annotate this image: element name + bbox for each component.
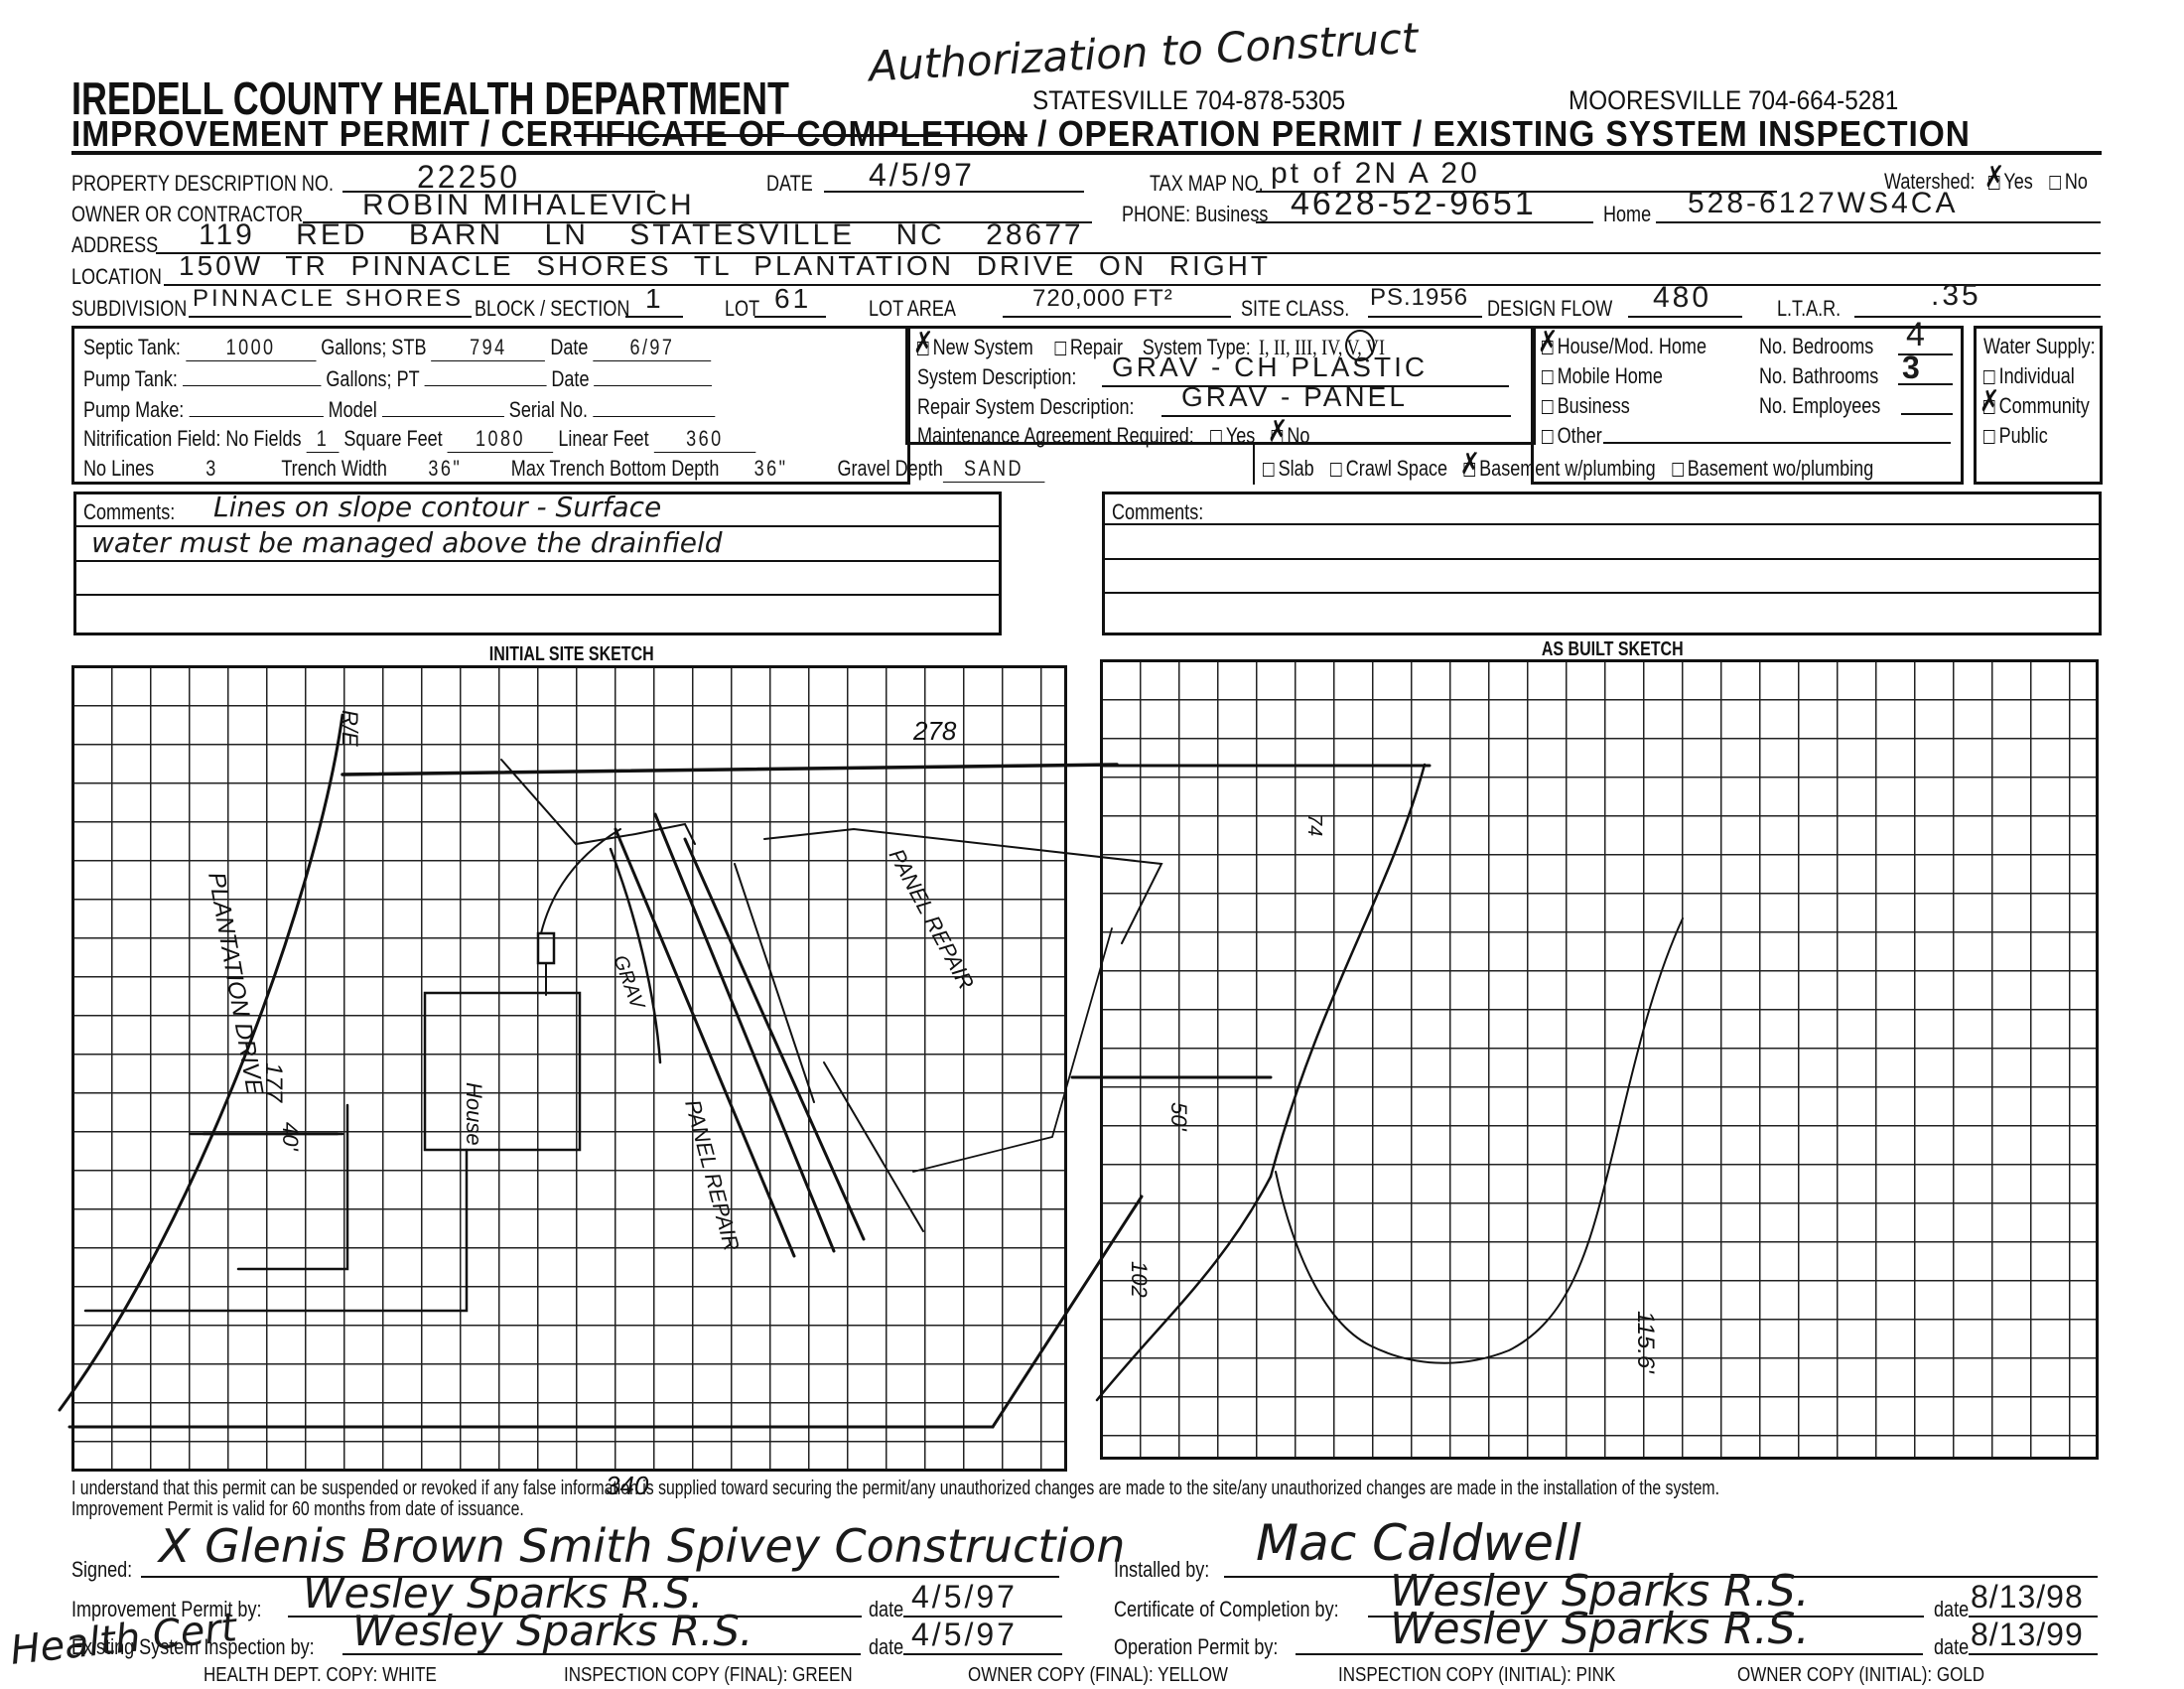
copy-inspection-final: INSPECTION COPY (FINAL): GREEN bbox=[564, 1664, 853, 1687]
operation-date-label: date bbox=[1934, 1634, 1969, 1660]
certificate-label: Certificate of Completion by: bbox=[1114, 1597, 1339, 1622]
label-102: 102 bbox=[1127, 1261, 1152, 1298]
copy-inspection-initial: INSPECTION COPY (INITIAL): PINK bbox=[1338, 1664, 1615, 1687]
operation-label: Operation Permit by: bbox=[1114, 1634, 1278, 1660]
label-house: House bbox=[462, 1082, 486, 1146]
label-278: 278 bbox=[912, 716, 957, 746]
label-plantation: PLANTATION DRIVE bbox=[203, 870, 268, 1097]
signed-label: Signed: bbox=[71, 1557, 132, 1583]
installed-by-value[interactable]: Mac Caldwell bbox=[1256, 1514, 1581, 1572]
sketch-drawings: 278 340 PLANTATION DRIVE R/E 177 40' Hou… bbox=[0, 0, 2184, 1689]
label-177: 177 bbox=[260, 1062, 287, 1104]
existing-inspection-by[interactable]: Wesley Sparks R.S. bbox=[352, 1607, 752, 1655]
operation-date[interactable]: 8/13/99 bbox=[1971, 1617, 2084, 1653]
certificate-date-label: date bbox=[1934, 1597, 1969, 1622]
operation-by[interactable]: Wesley Sparks R.S. bbox=[1390, 1604, 1810, 1654]
disclaimer-line1: I understand that this permit can be sus… bbox=[71, 1478, 1719, 1500]
label-re: R/E bbox=[338, 710, 362, 747]
existing-date-label: date bbox=[869, 1634, 903, 1660]
copy-owner-final: OWNER COPY (FINAL): YELLOW bbox=[968, 1664, 1228, 1687]
label-panel-repair-2: PANEL REPAIR bbox=[885, 845, 980, 994]
copy-owner-initial: OWNER COPY (INITIAL): GOLD bbox=[1737, 1664, 1984, 1687]
existing-date-line bbox=[903, 1653, 1062, 1655]
improvement-permit-date[interactable]: 4/5/97 bbox=[911, 1579, 1018, 1616]
improvement-date-label: date bbox=[869, 1597, 903, 1622]
signed-value[interactable]: X Glenis Brown Smith Spivey Construction bbox=[159, 1519, 1125, 1573]
disclaimer-line2: Improvement Permit is valid for 60 month… bbox=[71, 1498, 524, 1521]
label-115: 115.6' bbox=[1632, 1311, 1659, 1374]
certificate-date[interactable]: 8/13/98 bbox=[1971, 1579, 2084, 1616]
label-panel-repair-1: PANEL REPAIR bbox=[680, 1097, 745, 1254]
label-50: 50' bbox=[1166, 1102, 1191, 1131]
copy-health-dept: HEALTH DEPT. COPY: WHITE bbox=[204, 1664, 437, 1687]
operation-date-line bbox=[1969, 1653, 2098, 1655]
label-grav: GRAV bbox=[609, 952, 648, 1013]
label-74: 74 bbox=[1303, 814, 1325, 836]
existing-inspection-date[interactable]: 4/5/97 bbox=[911, 1617, 1018, 1653]
label-40: 40' bbox=[278, 1122, 303, 1151]
installed-by-label: Installed by: bbox=[1114, 1557, 1209, 1583]
